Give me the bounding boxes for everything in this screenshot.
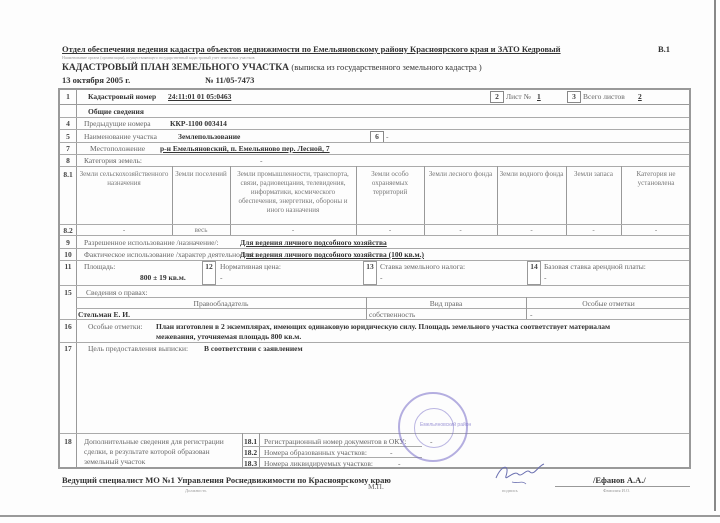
total-sheets-value: 2 <box>638 92 660 101</box>
position-underline <box>62 486 348 487</box>
location-value: р-н Емельяновский, п. Емельяново пер. Ле… <box>160 144 330 153</box>
organization-caption: Наименование органа (организации), осуще… <box>62 55 255 60</box>
land-category-header: Земли особо охраняемых территорий <box>358 170 422 197</box>
additional-info-line2: сделки, в результате которой образован <box>84 447 210 456</box>
name-underline <box>555 486 690 487</box>
col-right-type: Вид права <box>366 299 526 308</box>
land-category-value: - <box>260 156 263 165</box>
stamp-text: Емельяновский район <box>420 422 471 428</box>
page-edge <box>714 0 716 511</box>
sheet-number-label: Лист № <box>506 92 531 101</box>
plot-name-label: Наименование участка <box>84 132 157 141</box>
row-num-11: 11 <box>60 262 76 271</box>
area-value: 800 ± 19 кв.м. <box>140 273 186 282</box>
land-category-header: Земли промышленности, транспорта, связи,… <box>232 170 354 215</box>
document-date: 13 октября 2005 г. <box>62 75 130 85</box>
row-num-2: 2 <box>490 91 504 103</box>
row-num-18-1: 18.1 <box>244 437 257 446</box>
row-num-12: 12 <box>202 261 216 285</box>
permitted-use-value: Для ведения личного подсобного хозяйства <box>240 238 387 247</box>
land-tax-rate-label: Ставка земельного налога: <box>380 262 465 271</box>
row-num-7: 7 <box>60 144 76 153</box>
additional-info-line1: Дополнительные сведения для регистрации <box>84 437 224 446</box>
rent-rate-value: - <box>544 273 547 282</box>
permitted-use-label: Разрешенное использование /назначение/: <box>84 238 219 247</box>
row-num-5: 5 <box>60 132 76 141</box>
liquidated-plots-label: Номера ликвидируемых участков: <box>264 459 373 468</box>
row-num-8: 8 <box>60 156 76 165</box>
rent-rate-label: Базовая ставка арендной платы: <box>544 262 646 271</box>
cadastral-number-label: Кадастровый номер <box>88 92 156 101</box>
additional-info-line3: земельный участок <box>84 457 145 466</box>
row-num-8-2: 8.2 <box>60 226 76 235</box>
cadastral-form: 1 Кадастровый номер 24:11:01 01 05:0463 … <box>58 88 691 469</box>
seal-place: М.П. <box>368 482 384 491</box>
land-category-label: Категория земель: <box>84 156 142 165</box>
sheet-number-value: 1 <box>537 92 557 101</box>
document-number: № 11/05-7473 <box>205 75 254 85</box>
previous-numbers-value: ККР-1100 003414 <box>170 119 227 128</box>
number-column-divider <box>76 90 77 467</box>
row-num-3: 3 <box>567 91 581 103</box>
land-tax-rate-value: - <box>380 273 383 282</box>
signature <box>492 460 548 486</box>
normative-price-label: Нормативная цена: <box>220 262 281 271</box>
general-section-heading: Общие сведения <box>88 107 144 116</box>
row-num-18: 18 <box>60 437 76 446</box>
actual-use-value: Для ведения личного подсобного хозяйства… <box>240 250 424 259</box>
land-category-header: Земли сельскохозяйственного назначения <box>78 170 170 188</box>
land-category-value: - <box>621 226 691 234</box>
liquidated-plots-value: - <box>398 459 401 468</box>
land-category-value: - <box>230 226 356 234</box>
special-notes-line2: межевания, уточняемая площадь 800 кв.м. <box>156 332 301 341</box>
position-caption: Должность <box>185 488 206 493</box>
actual-use-label: Фактическое использование /характер деят… <box>84 250 255 259</box>
special-notes-line1: План изготовлен в 2 экземплярах, имеющих… <box>156 322 610 331</box>
special-notes-label: Особые отметки: <box>88 322 143 331</box>
area-label: Площадь: <box>84 262 115 271</box>
title-sub: (выписка из государственного земельного … <box>291 62 481 72</box>
row-num-17: 17 <box>60 344 76 353</box>
land-category-header: Земли лесного фонда <box>426 170 495 179</box>
organization-name: Отдел обеспечения ведения кадастра объек… <box>62 44 561 54</box>
purpose-value: В соответствии с заявлением <box>204 344 303 353</box>
right-type-value: собственность <box>369 310 415 319</box>
document-title: КАДАСТРОВЫЙ ПЛАН ЗЕМЕЛЬНОГО УЧАСТКА (вып… <box>62 62 482 73</box>
row-num-15: 15 <box>60 288 76 297</box>
name-caption: Фамилия И.О. <box>603 488 630 493</box>
previous-numbers-label: Предыдущие номера <box>84 119 151 128</box>
formed-plots-label: Номера образованных участков: <box>264 448 367 457</box>
total-sheets-label: Всего листов <box>583 92 625 101</box>
row-num-14: 14 <box>527 261 541 285</box>
rights-notes-value: - <box>530 310 533 319</box>
row-num-12-label: 12 <box>205 262 213 271</box>
sheet-code: В.1 <box>658 44 670 54</box>
row-num-13-label: 13 <box>366 262 374 271</box>
land-category-header: Земли водного фонда <box>499 170 564 179</box>
row-num-4: 4 <box>60 119 76 128</box>
row-num-18-2: 18.2 <box>244 448 257 457</box>
row-num-13: 13 <box>363 261 377 285</box>
land-category-value: весь <box>172 226 230 234</box>
row-num-16: 16 <box>60 322 76 331</box>
reg-number-label: Регистрационный номер документов в ОКУ: <box>264 437 406 446</box>
col-rightholder: Правообладатель <box>76 299 366 308</box>
rightholder-value: Стельман Е. И. <box>78 310 130 319</box>
col-special-notes: Особые отметки <box>526 299 691 308</box>
land-category-header: Категория не установлена <box>623 170 689 188</box>
signature-caption: подпись <box>502 488 518 493</box>
signatory-position: Ведущий специалист МО №1 Управления Росн… <box>62 475 391 485</box>
row-6-value: - <box>386 132 389 141</box>
title-main: КАДАСТРОВЫЙ ПЛАН ЗЕМЕЛЬНОГО УЧАСТКА <box>62 63 289 73</box>
row-num-14-label: 14 <box>530 262 538 271</box>
land-category-header: Земли поселений <box>174 170 228 179</box>
location-label: Местоположение <box>90 144 145 153</box>
land-category-value: - <box>356 226 424 234</box>
plot-name-value: Землепользование <box>178 132 240 141</box>
row-num-1: 1 <box>60 92 76 101</box>
land-category-header: Земли запаса <box>568 170 619 179</box>
land-category-value: - <box>566 226 621 234</box>
row-num-10: 10 <box>60 250 76 259</box>
signatory-name: /Ефанов А.А./ <box>593 475 646 485</box>
row-num-8-1: 8.1 <box>60 170 76 179</box>
purpose-label: Цель предоставления выписки: <box>88 344 188 353</box>
row-num-18-3: 18.3 <box>244 459 257 468</box>
rights-label: Сведения о правах: <box>86 288 148 297</box>
formed-plots-value: - <box>390 448 393 457</box>
normative-price-value: - <box>220 273 223 282</box>
land-category-value: - <box>497 226 566 234</box>
page-bottom-edge <box>0 515 720 517</box>
row-num-9: 9 <box>60 238 76 247</box>
land-category-value: - <box>76 226 172 234</box>
land-category-value: - <box>424 226 497 234</box>
cadastral-number-value: 24:11:01 01 05:0463 <box>168 92 231 101</box>
